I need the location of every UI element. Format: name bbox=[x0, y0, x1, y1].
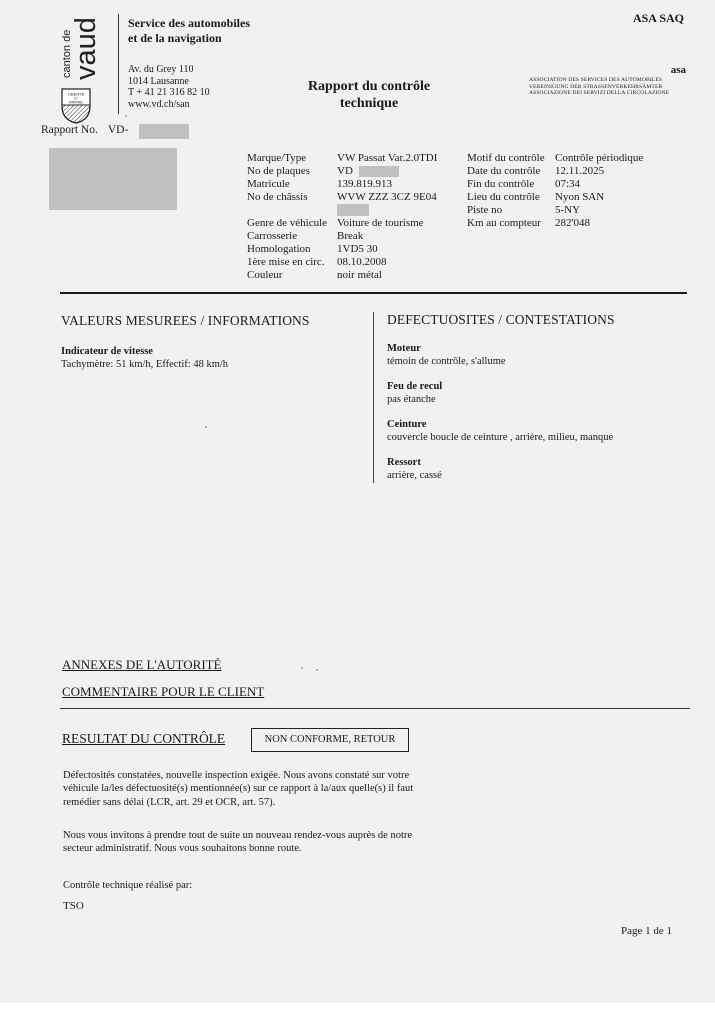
control-row: Date du contrôle12.11.2025 bbox=[467, 165, 643, 178]
control-label: Km au compteur bbox=[467, 217, 555, 230]
client-comment-heading: COMMENTAIRE POUR LE CLIENT bbox=[62, 684, 264, 700]
report-number: Rapport No. VD- bbox=[41, 124, 128, 136]
defects-item: Moteurtémoin de contrôle, s'allume bbox=[387, 343, 506, 368]
result-divider bbox=[60, 708, 690, 709]
control-value: 07:34 bbox=[555, 178, 643, 191]
asa-association-names: ASSOCIATION DES SERVICES DES AUTOMOBILES… bbox=[529, 77, 669, 97]
control-details: Motif du contrôleContrôle périodiqueDate… bbox=[467, 152, 643, 230]
redacted-chassis-suffix bbox=[337, 204, 369, 216]
control-label: Piste no bbox=[467, 204, 555, 217]
vehicle-row: Couleurnoir métal bbox=[247, 269, 437, 282]
vehicle-value: Break bbox=[337, 230, 437, 243]
control-label: Fin du contrôle bbox=[467, 178, 555, 191]
control-row: Piste no5-NY bbox=[467, 204, 643, 217]
performed-by-label: Contrôle technique réalisé par: bbox=[63, 880, 192, 891]
section-divider bbox=[60, 292, 687, 294]
vehicle-value: WVW ZZZ 3CZ 9E04 bbox=[337, 191, 437, 204]
defects-item-title: Ressort bbox=[387, 457, 442, 470]
client-invitation: Nous vous invitons à prendre tout de sui… bbox=[63, 829, 423, 856]
vehicle-label: 1ère mise en circ. bbox=[247, 256, 337, 269]
vehicle-value: noir métal bbox=[337, 269, 437, 282]
organization-name: Service des automobiles et de la navigat… bbox=[128, 16, 250, 46]
defects-item-title: Feu de recul bbox=[387, 381, 442, 394]
vehicle-label: Matricule bbox=[247, 178, 337, 191]
canton-vaud-logo: canton de vaud LIBERTÉ ET PATRIE bbox=[56, 8, 96, 116]
report-number-label: Rapport No. bbox=[41, 124, 93, 136]
vehicle-value: VD bbox=[337, 165, 437, 178]
vehicle-value-text: noir métal bbox=[337, 269, 382, 281]
page-number: Page 1 de 1 bbox=[621, 925, 672, 937]
defects-item-detail: couvercle boucle de ceinture , arrière, … bbox=[387, 432, 613, 443]
header-divider bbox=[118, 14, 119, 114]
measured-item: Indicateur de vitesseTachymètre: 51 km/h… bbox=[61, 346, 228, 371]
defects-item: Ressortarrière, cassé bbox=[387, 457, 442, 482]
vehicle-value-text: VW Passat Var.2.0TDI bbox=[337, 152, 437, 164]
vehicle-row: Genre de véhiculeVoiture de tourisme bbox=[247, 217, 437, 230]
vehicle-label: No de châssis bbox=[247, 191, 337, 204]
scan-speck bbox=[316, 669, 318, 671]
control-label: Lieu du contrôle bbox=[467, 191, 555, 204]
vehicle-label: Carrosserie bbox=[247, 230, 337, 243]
vehicle-label: Genre de véhicule bbox=[247, 217, 337, 230]
vehicle-value-text: Break bbox=[337, 230, 363, 242]
result-status-box: NON CONFORME, RETOUR bbox=[251, 728, 409, 752]
annexes-heading: ANNEXES DE L'AUTORITÉ bbox=[62, 657, 222, 673]
redacted-owner-address bbox=[49, 148, 177, 210]
defects-item: Feu de reculpas étanche bbox=[387, 381, 442, 406]
scan-speck bbox=[125, 115, 127, 117]
vehicle-row: Homologation1VD5 30 bbox=[247, 243, 437, 256]
vehicle-value-text: Voiture de tourisme bbox=[337, 217, 424, 229]
svg-text:PATRIE: PATRIE bbox=[69, 100, 83, 105]
report-number-prefix: VD- bbox=[108, 124, 128, 136]
defects-item-detail: pas étanche bbox=[387, 394, 436, 405]
control-row: Lieu du contrôleNyon SAN bbox=[467, 191, 643, 204]
measured-values-heading: VALEURS MESUREES / INFORMATIONS bbox=[61, 313, 310, 329]
vehicle-value: Voiture de tourisme bbox=[337, 217, 437, 230]
defects-item-title: Ceinture bbox=[387, 419, 613, 432]
control-value: 12.11.2025 bbox=[555, 165, 643, 178]
control-label: Date du contrôle bbox=[467, 165, 555, 178]
defects-heading: DEFECTUOSITES / CONTESTATIONS bbox=[387, 312, 615, 328]
measured-item-detail: Tachymètre: 51 km/h, Effectif: 48 km/h bbox=[61, 359, 228, 370]
defects-item-title: Moteur bbox=[387, 343, 506, 356]
vehicle-value: 139.819.913 bbox=[337, 178, 437, 191]
vehicle-details: Marque/TypeVW Passat Var.2.0TDINo de pla… bbox=[247, 152, 437, 282]
scan-speck bbox=[301, 667, 303, 669]
vehicle-value-text: 1VD5 30 bbox=[337, 243, 378, 255]
defects-item-detail: témoin de contrôle, s'allume bbox=[387, 356, 506, 367]
defects-item-detail: arrière, cassé bbox=[387, 470, 442, 481]
scan-speck bbox=[205, 426, 207, 428]
vehicle-value: 1VD5 30 bbox=[337, 243, 437, 256]
control-value: 5-NY bbox=[555, 204, 643, 217]
asa-saq-label: ASA SAQ bbox=[633, 11, 684, 26]
vehicle-row: 1ère mise en circ.08.10.2008 bbox=[247, 256, 437, 269]
asa-logo: asa bbox=[671, 64, 686, 76]
shield-icon: LIBERTÉ ET PATRIE bbox=[61, 88, 91, 124]
document-title: Rapport du contrôle technique bbox=[290, 78, 448, 112]
vehicle-row: Marque/TypeVW Passat Var.2.0TDI bbox=[247, 152, 437, 165]
vehicle-row: No de châssisWVW ZZZ 3CZ 9E04 bbox=[247, 191, 437, 204]
control-value: 282'048 bbox=[555, 217, 643, 230]
control-row: Fin du contrôle07:34 bbox=[467, 178, 643, 191]
column-divider bbox=[373, 312, 374, 483]
vaud-wordmark-icon: canton de vaud bbox=[56, 8, 96, 80]
vehicle-row bbox=[247, 204, 437, 217]
website-link[interactable]: www.vd.ch/san bbox=[128, 99, 210, 111]
inspector-code: TSO bbox=[63, 900, 84, 912]
vehicle-row: CarrosserieBreak bbox=[247, 230, 437, 243]
control-row: Motif du contrôleContrôle périodique bbox=[467, 152, 643, 165]
organization-address: Av. du Grey 110 1014 Lausanne T + 41 21 … bbox=[128, 64, 210, 110]
vehicle-label: No de plaques bbox=[247, 165, 337, 178]
defects-item: Ceinturecouvercle boucle de ceinture , a… bbox=[387, 419, 613, 444]
vehicle-value-text: 08.10.2008 bbox=[337, 256, 387, 268]
control-value: Nyon SAN bbox=[555, 191, 643, 204]
document-page: canton de vaud LIBERTÉ ET PATRIE Service… bbox=[0, 0, 715, 1003]
vehicle-label: Marque/Type bbox=[247, 152, 337, 165]
vehicle-value-text: 139.819.913 bbox=[337, 178, 392, 190]
control-value: Contrôle périodique bbox=[555, 152, 643, 165]
svg-text:vaud: vaud bbox=[70, 17, 96, 80]
vehicle-row: No de plaquesVD bbox=[247, 165, 437, 178]
vehicle-label: Homologation bbox=[247, 243, 337, 256]
redacted-plate bbox=[359, 166, 399, 177]
vehicle-value-text: VD bbox=[337, 165, 353, 177]
vehicle-value: VW Passat Var.2.0TDI bbox=[337, 152, 437, 165]
measured-item-title: Indicateur de vitesse bbox=[61, 346, 228, 359]
vehicle-value: 08.10.2008 bbox=[337, 256, 437, 269]
vehicle-label: Couleur bbox=[247, 269, 337, 282]
redacted-report-number bbox=[139, 124, 189, 139]
result-explanation: Défectosités constatées, nouvelle inspec… bbox=[63, 769, 423, 809]
vehicle-row: Matricule139.819.913 bbox=[247, 178, 437, 191]
result-heading: RESULTAT DU CONTRÔLE bbox=[62, 731, 225, 747]
control-label: Motif du contrôle bbox=[467, 152, 555, 165]
vehicle-value-text: WVW ZZZ 3CZ 9E04 bbox=[337, 191, 437, 203]
control-row: Km au compteur282'048 bbox=[467, 217, 643, 230]
